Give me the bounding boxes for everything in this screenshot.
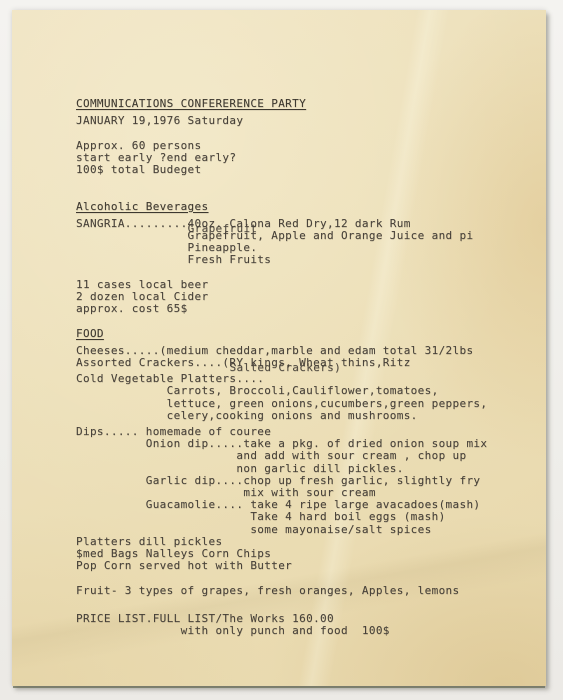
- typed-line: Fruit- 3 types of grapes, fresh oranges,…: [76, 585, 487, 597]
- typed-line-text: start early ?end early?: [76, 151, 236, 164]
- typed-line-text: some mayonaise/salt spices: [76, 523, 432, 536]
- paper-sheet: COMMUNICATIONS CONFERERENCE PARTYJANUARY…: [12, 10, 546, 686]
- typed-line-text: Approx. 60 persons: [76, 139, 202, 152]
- typed-line-text: 11 cases local beer: [76, 278, 208, 291]
- typed-line: celery,cooking onions and mushrooms.: [76, 410, 487, 422]
- typed-line-text: Garlic dip....chop up fresh garlic, slig…: [76, 474, 480, 487]
- typed-line: with only punch and food 100$: [76, 625, 487, 637]
- typed-line-text: non garlic dill pickles.: [76, 462, 404, 475]
- section-heading: FOOD: [76, 328, 487, 340]
- typed-line-text: Grapefruit, Apple and Orange Juice and p…: [76, 229, 473, 242]
- typed-line-text: Carrots, Broccoli,Cauliflower,tomatoes,: [76, 384, 439, 397]
- typed-line-text: $med Bags Nalleys Corn Chips: [76, 547, 271, 560]
- section-heading: COMMUNICATIONS CONFERERENCE PARTY: [76, 98, 487, 110]
- typed-line-text: Take 4 hard boil eggs (mash): [76, 510, 446, 523]
- typed-line-text: FOOD: [76, 327, 104, 340]
- typed-line-text: celery,cooking onions and mushrooms.: [76, 409, 418, 422]
- typed-line: [76, 176, 487, 188]
- typed-line: Assorted Crackers....(RY kings, Wheat th…: [76, 357, 487, 369]
- section-heading: Alcoholic Beverages: [76, 201, 487, 213]
- typed-line-text: JANUARY 19,1976 Saturday: [76, 114, 243, 127]
- typed-line-text: Cold Vegetable Platters....: [76, 372, 264, 385]
- typed-line-text: Alcoholic Beverages: [76, 200, 208, 213]
- typed-line-text: Fruit- 3 types of grapes, fresh oranges,…: [76, 584, 460, 597]
- typed-line-text: COMMUNICATIONS CONFERERENCE PARTY: [76, 97, 306, 110]
- typed-line-text: and add with sour cream , chop up: [76, 449, 466, 462]
- typed-line: JANUARY 19,1976 Saturday: [76, 115, 487, 127]
- typed-line-text: with only punch and food 100$: [76, 624, 390, 637]
- typed-line: Pop Corn served hot with Butter: [76, 560, 487, 572]
- typed-line-text: PRICE LIST.FULL LIST/The Works 160.00: [76, 612, 334, 625]
- photo-background: COMMUNICATIONS CONFERERENCE PARTYJANUARY…: [0, 0, 563, 700]
- typed-line-text: approx. cost 65$: [76, 302, 188, 315]
- typed-line-text: Guacamolie.... take 4 ripe large avacado…: [76, 498, 480, 511]
- typed-line-text: Pop Corn served hot with Butter: [76, 559, 292, 572]
- typed-line: Fresh Fruits: [76, 254, 487, 266]
- typed-line-text: Pineapple.: [76, 241, 257, 254]
- typed-line-text: Dips..... homemade of couree: [76, 425, 271, 438]
- typed-line-text: mix with sour cream: [76, 486, 376, 499]
- typed-document: COMMUNICATIONS CONFERERENCE PARTYJANUARY…: [76, 98, 487, 637]
- typed-line: 100$ total Budeget: [76, 164, 487, 176]
- typed-line: approx. cost 65$: [76, 303, 487, 315]
- typed-line-text: Cheeses.....(medium cheddar,marble and e…: [76, 344, 473, 357]
- typed-line-text: Onion dip.....take a pkg. of dried onion…: [76, 437, 487, 450]
- typed-line-text: Fresh Fruits: [76, 253, 271, 266]
- typed-line-text: lettuce, green onions,cucumbers,green pe…: [76, 397, 487, 410]
- typed-line-text: 100$ total Budeget: [76, 163, 202, 176]
- typed-line-text: Platters dill pickles: [76, 535, 222, 548]
- typed-line: [76, 597, 487, 609]
- typed-line: [76, 315, 487, 327]
- typed-line-text: 2 dozen local Cider: [76, 290, 208, 303]
